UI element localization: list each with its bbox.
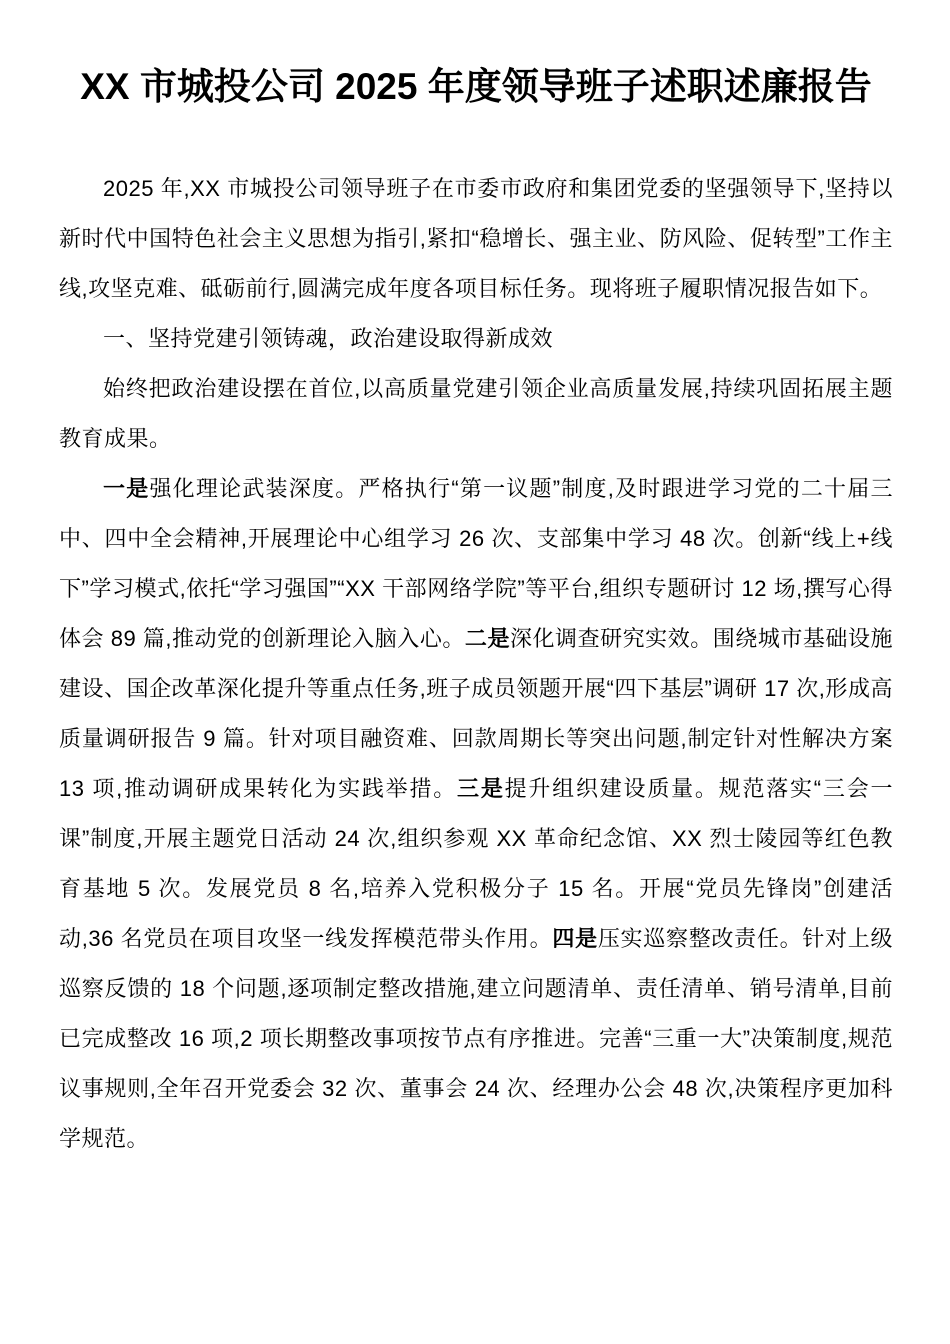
bold-text-run: 一是 <box>103 476 149 501</box>
text-run: 2025 年,XX 市城投公司领导班子在市委市政府和集团党委的坚强领导下,坚持以… <box>59 176 893 301</box>
bold-text-run: 三是 <box>457 776 505 801</box>
text-run: 深化调查研究实效。围绕城市基础设施建设、国企改革深化提升等重点任务,班子成员领题… <box>59 626 893 801</box>
document-page: XX 市城投公司 2025 年度领导班子述职述廉报告 2025 年,XX 市城投… <box>0 0 950 1344</box>
paragraph: 始终把政治建设摆在首位,以高质量党建引领企业高质量发展,持续巩固拓展主题教育成果… <box>59 364 893 464</box>
bold-text-run: 二是 <box>465 626 510 651</box>
paragraph: 2025 年,XX 市城投公司领导班子在市委市政府和集团党委的坚强领导下,坚持以… <box>59 164 893 314</box>
text-run: 压实巡察整改责任。针对上级巡察反馈的 18 个问题,逐项制定整改措施,建立问题清… <box>59 926 893 1151</box>
section-heading: 一、坚持党建引领铸魂，政治建设取得新成效 <box>59 314 893 364</box>
text-run: 提升组织建设质量。规范落实“三会一课”制度,开展主题党日活动 24 次,组织参观… <box>59 776 893 951</box>
document-title: XX 市城投公司 2025 年度领导班子述职述廉报告 <box>59 64 893 110</box>
text-run: 强化理论武装深度。严格执行“第一议题”制度,及时跟进学习党的二十届三中、四中全会… <box>59 476 893 651</box>
bold-text-run: 四是 <box>552 926 597 951</box>
text-run: 一、坚持党建引领铸魂，政治建设取得新成效 <box>103 326 553 351</box>
paragraph: 一是强化理论武装深度。严格执行“第一议题”制度,及时跟进学习党的二十届三中、四中… <box>59 464 893 1164</box>
text-run: 始终把政治建设摆在首位,以高质量党建引领企业高质量发展,持续巩固拓展主题教育成果… <box>59 376 893 451</box>
document-body: 2025 年,XX 市城投公司领导班子在市委市政府和集团党委的坚强领导下,坚持以… <box>59 164 893 1164</box>
